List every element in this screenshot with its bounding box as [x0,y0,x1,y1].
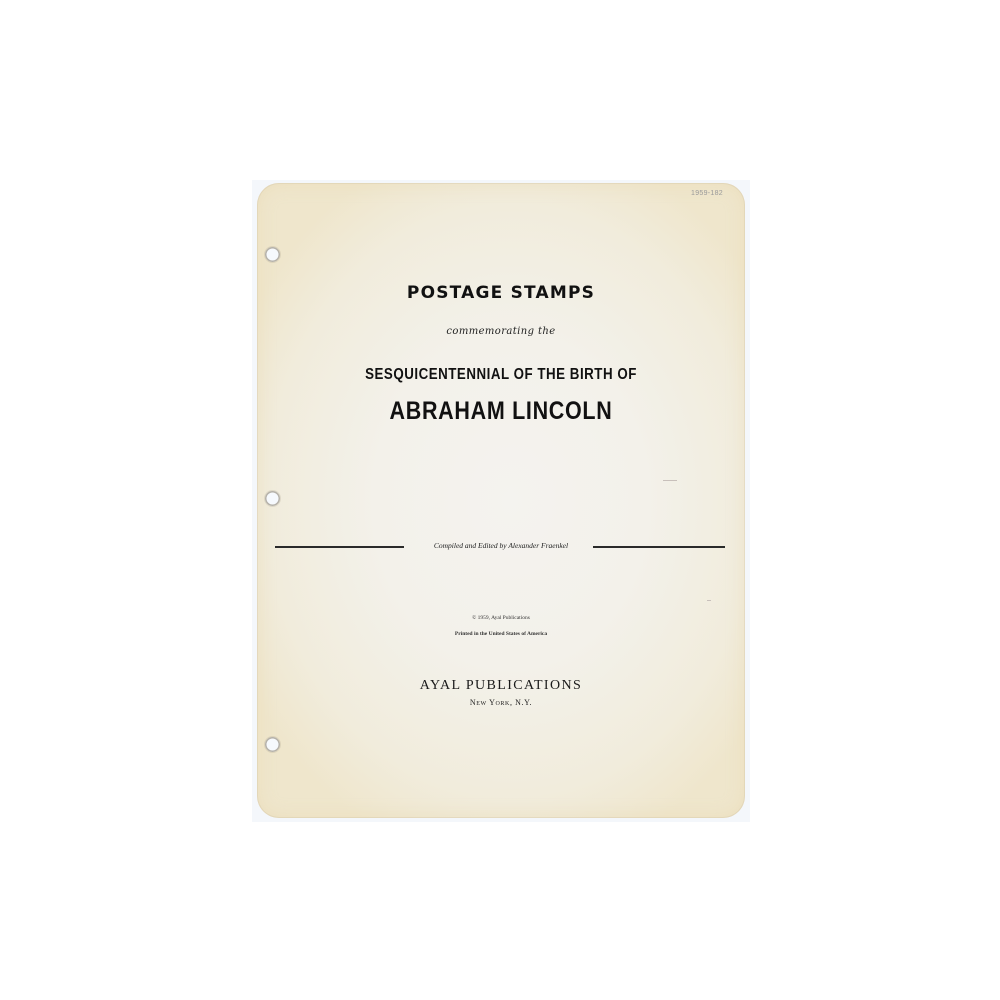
punch-hole-bottom [265,737,280,752]
title-postage-stamps: POSTAGE STAMPS [257,283,745,303]
paper-mark [663,480,677,481]
album-page: 1959-182 POSTAGE STAMPS commemorating th… [257,183,745,818]
punch-hole-middle [265,491,280,506]
accession-number: 1959-182 [691,190,723,197]
divider-rule-right [593,546,725,548]
title-abraham-lincoln: ABRAHAM LINCOLN [291,397,711,426]
title-sesquicentennial: SESQUICENTENNIAL OF THE BIRTH OF [291,366,711,384]
paper-mark [707,600,711,601]
publisher-name: AYAL PUBLICATIONS [257,678,745,694]
copyright-notice: © 1959, Ayal Publications [257,615,745,621]
printed-in-notice: Printed in the United States of America [257,631,745,637]
subtitle-commemorating: commemorating the [257,326,745,337]
punch-hole-top [265,247,280,262]
publisher-city: New York, N.Y. [257,698,745,707]
